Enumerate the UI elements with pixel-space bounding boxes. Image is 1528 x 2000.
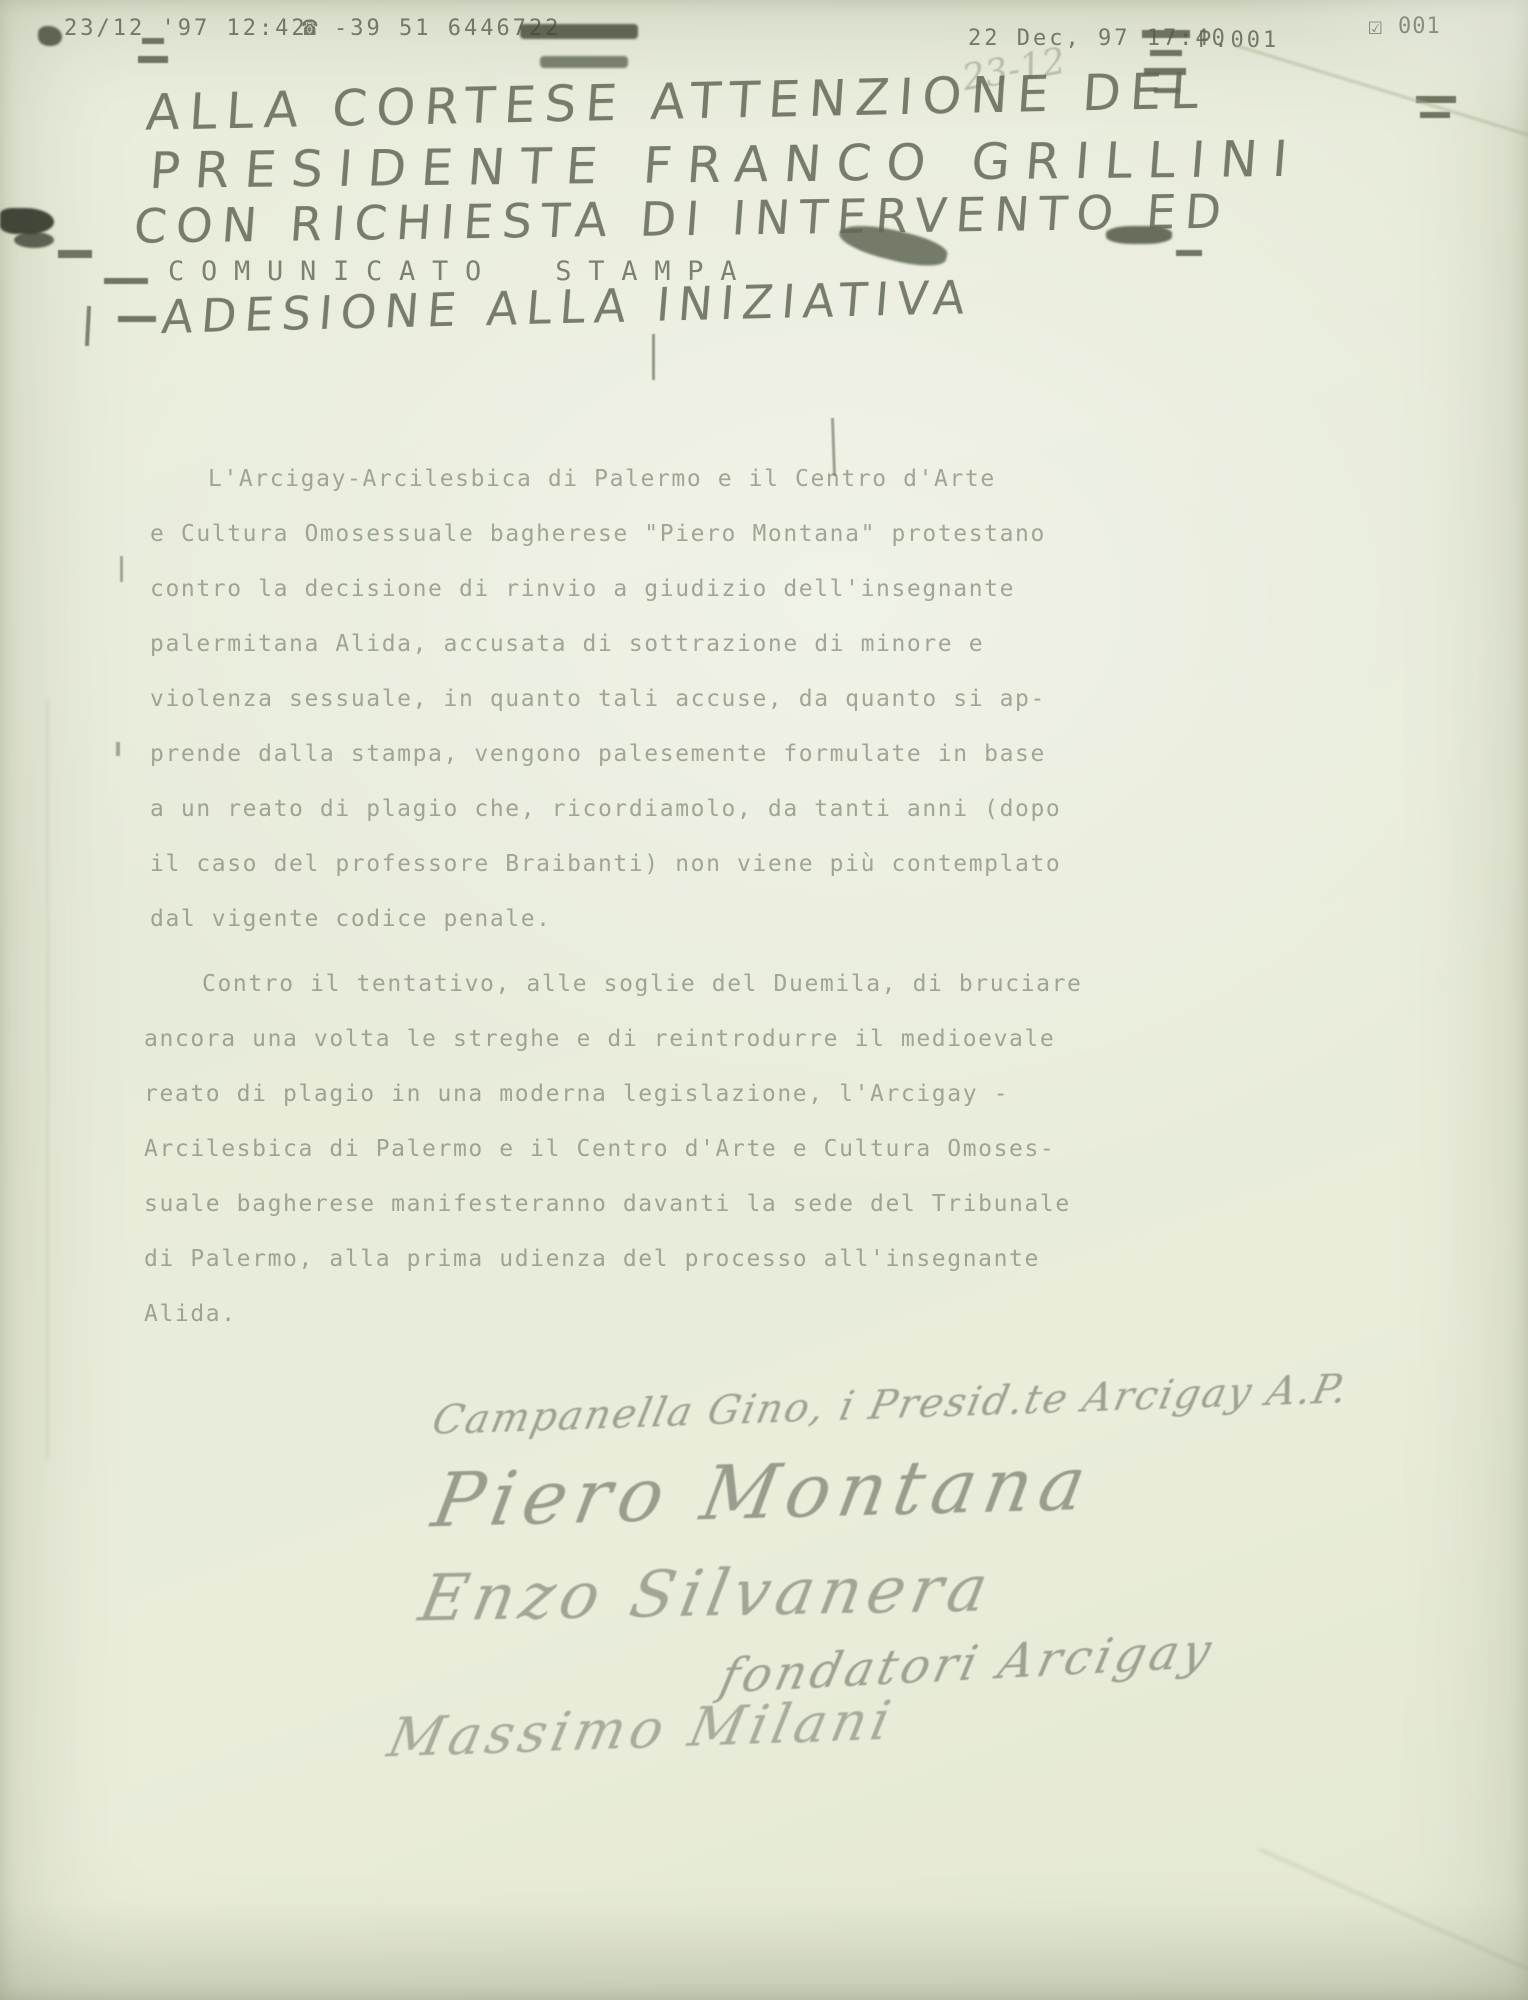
body-line: suale bagherese manifesteranno davanti l… bbox=[144, 1177, 1154, 1232]
body-line: dal vigente codice penale. bbox=[150, 892, 1160, 947]
pen-stroke bbox=[120, 556, 123, 582]
fax-timestamp-left: 23/12 '97 12:42 bbox=[64, 16, 308, 41]
page-counter-box-icon: ☑ bbox=[1368, 12, 1382, 40]
body-line: Arcilesbica di Palermo e il Centro d'Art… bbox=[144, 1122, 1154, 1177]
crease-left bbox=[46, 700, 49, 1460]
body-line: Contro il tentativo, alle soglie del Due… bbox=[144, 957, 1154, 1012]
signature-piero-montana: Piero Montana bbox=[426, 1441, 1100, 1545]
body-line: prende dalla stampa, vengono palesemente… bbox=[150, 727, 1160, 782]
header-smudge-1 bbox=[520, 24, 638, 39]
crease-bottom-right bbox=[1259, 1848, 1528, 1997]
handwritten-line-1: ALLA CORTESE ATTENZIONE DEL bbox=[144, 62, 1209, 142]
signature-massimo-milani: Massimo Milani bbox=[383, 1688, 901, 1769]
fold-line-top-right bbox=[1235, 44, 1528, 140]
pen-stroke bbox=[85, 306, 91, 346]
body-line: a un reato di plagio che, ricordiamolo, … bbox=[150, 782, 1160, 837]
body-line: violenza sessuale, in quanto tali accuse… bbox=[150, 672, 1160, 727]
body-paragraph-2: Contro il tentativo, alle soglie del Due… bbox=[144, 957, 1154, 1342]
body-paragraph-1: L'Arcigay-Arcilesbica di Palermo e il Ce… bbox=[150, 452, 1160, 947]
ink-blob-left-2 bbox=[14, 232, 54, 248]
edge-mark bbox=[1416, 96, 1456, 103]
body-line: il caso del professore Braibanti) non vi… bbox=[150, 837, 1160, 892]
edge-mark bbox=[1142, 30, 1190, 38]
body-line: e Cultura Omosessuale bagherese "Piero M… bbox=[150, 507, 1160, 562]
body-line: contro la decisione di rinvio a giudizio… bbox=[150, 562, 1160, 617]
edge-mark bbox=[1176, 250, 1202, 256]
edge-mark bbox=[1150, 50, 1182, 56]
signature-campanella: Campanella Gino, i Presid.te Arcigay A.P… bbox=[428, 1366, 1353, 1444]
body-line: L'Arcigay-Arcilesbica di Palermo e il Ce… bbox=[150, 452, 1160, 507]
fax-page-counter: 001 bbox=[1398, 14, 1441, 39]
scanned-fax-page: 23/12 '97 12:42 ☎ -39 51 6446722 22 Dec,… bbox=[0, 0, 1528, 2000]
pen-stroke bbox=[116, 742, 120, 756]
fax-page-code: P.001 bbox=[1198, 28, 1279, 53]
shadow-bottom bbox=[0, 1900, 1528, 2000]
dash-mark bbox=[104, 278, 148, 284]
edge-mark bbox=[142, 38, 164, 44]
header-smudge-2 bbox=[540, 56, 628, 68]
body-line: Alida. bbox=[144, 1287, 1154, 1342]
dash-mark bbox=[118, 316, 156, 322]
body-line: palermitana Alida, accusata di sottrazio… bbox=[150, 617, 1160, 672]
body-line: reato di plagio in una moderna legislazi… bbox=[144, 1067, 1154, 1122]
ink-smudge bbox=[38, 26, 62, 46]
edge-mark bbox=[58, 250, 92, 258]
pen-stroke bbox=[652, 334, 655, 380]
body-line: di Palermo, alla prima udienza del proce… bbox=[144, 1232, 1154, 1287]
ink-blob-left bbox=[0, 208, 54, 234]
body-line: ancora una volta le streghe e di reintro… bbox=[144, 1012, 1154, 1067]
edge-mark bbox=[1420, 112, 1450, 118]
phone-icon: ☎ bbox=[302, 12, 318, 42]
signature-enzo: Enzo Silvanera bbox=[414, 1552, 1000, 1636]
edge-mark bbox=[138, 56, 168, 63]
